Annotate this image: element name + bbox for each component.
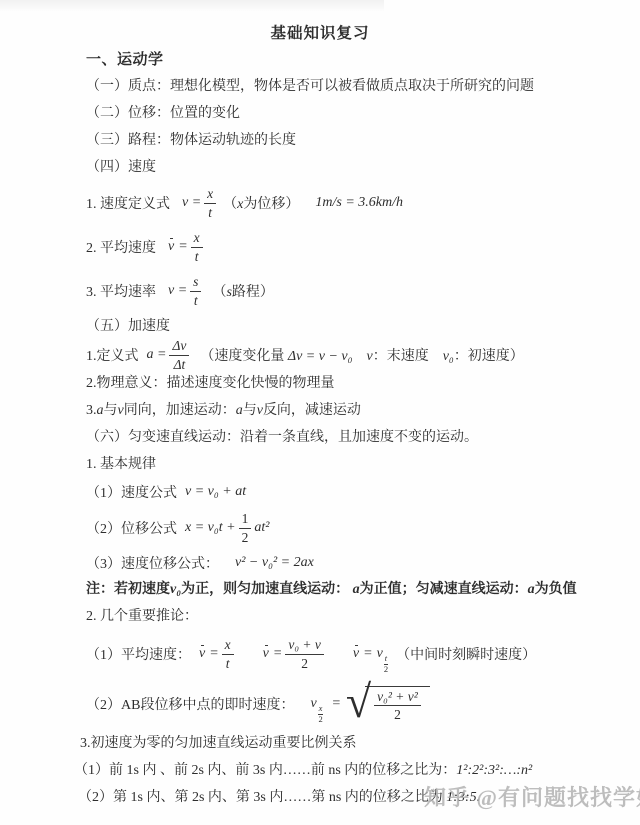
fraction-numerator: t: [384, 654, 388, 665]
fraction: Δv Δt: [169, 338, 189, 371]
formula-note: （s路程）: [212, 281, 273, 301]
equals-sign: =: [331, 696, 340, 712]
formula-note: （中间时刻瞬时速度）: [396, 644, 536, 664]
fraction-numerator: v₀² + v²: [374, 689, 421, 706]
formula-label: 3. 平均速率: [86, 281, 156, 301]
formula-label: 2. 平均速度: [86, 237, 156, 257]
formula-label: （2）位移公式: [86, 518, 177, 538]
v-bar: v: [168, 239, 174, 255]
fraction: x t: [204, 186, 216, 219]
v-bar: v: [263, 646, 269, 662]
formula-label: 1. 速度定义式: [86, 193, 170, 213]
math-equation: v = v₀ + at: [185, 484, 246, 500]
subscript-fraction: t 2: [384, 654, 388, 675]
unit-conversion: 1m/s = 3.6km/h: [315, 195, 403, 211]
zhihu-watermark: 知乎 @有问题找找学姐: [424, 784, 640, 813]
fraction-numerator: 1: [239, 511, 252, 528]
line-path-length: （三）路程：物体运动轨迹的长度: [86, 127, 606, 154]
math-base: v: [310, 696, 316, 712]
math-lhs: x = v₀t +: [185, 520, 236, 536]
line-accel-direction: 3.a与v同向，加速运动：a与v反向，减速运动: [86, 397, 606, 424]
subscript-fraction: x 2: [318, 704, 324, 725]
fraction-denominator: 2: [298, 655, 311, 671]
formula-label: （2）AB段位移中点的即时速度：: [86, 694, 294, 714]
fraction: v₀ + v 2: [285, 637, 324, 670]
document-content: 一、运动学 （一）质点：理想化模型，物体是否可以被看做质点取决于所研究的问题 （…: [0, 50, 640, 811]
fraction-numerator: s: [190, 274, 201, 291]
fraction-denominator: 2: [384, 665, 388, 675]
formula-label: （1）速度公式: [86, 482, 177, 502]
page-title: 基础知识复习: [0, 0, 640, 43]
formula-label: （1）平均速度：: [86, 644, 191, 664]
fraction-numerator: x: [191, 230, 203, 247]
fraction-numerator: Δv: [169, 338, 189, 355]
line-accel-meaning: 2.物理意义：描述速度变化快慢的物理量: [86, 370, 606, 397]
line-corollaries: 2. 几个重要推论：: [86, 603, 606, 630]
fraction: x t: [222, 637, 234, 670]
section-heading-kinematics: 一、运动学: [86, 50, 606, 71]
math-base: v: [377, 646, 383, 662]
fraction-numerator: x: [222, 637, 234, 654]
line-basic-rules: 1. 基本规律: [86, 451, 606, 478]
radical-sign: √: [346, 684, 371, 720]
line-velocity-heading: （四）速度: [86, 154, 606, 181]
formula-average-velocity: 2. 平均速度 v = x t: [86, 225, 606, 269]
formula-group-2: v = v₀ + v 2: [263, 637, 327, 670]
formula-group-3: v = v t 2: [353, 644, 388, 665]
fraction-numerator: x: [318, 704, 324, 715]
fraction-numerator: x: [204, 186, 216, 203]
fraction-numerator: v₀ + v: [285, 637, 324, 654]
math-lhs: a =: [147, 347, 167, 363]
fraction: v₀² + v² 2: [374, 689, 421, 722]
v-bar: v: [353, 646, 359, 662]
line-displacement: （二）位移：位置的变化: [86, 100, 606, 127]
equals-sign: =: [209, 646, 218, 662]
math-rhs: at²: [254, 520, 269, 536]
equals-sign: =: [273, 646, 282, 662]
formula-velocity-definition: 1. 速度定义式 v = x t （x为位移） 1m/s = 3.6km/h: [86, 181, 606, 225]
formula-acceleration-definition: 1.定义式 a = Δv Δt （速度变化量 Δv = v − v₀ v：末速度…: [86, 340, 606, 370]
formula-group-1: v = x t: [199, 637, 237, 670]
fraction-denominator: t: [205, 204, 215, 220]
line-mass-point: （一）质点：理想化模型，物体是否可以被看做质点取决于所研究的问题: [86, 73, 606, 100]
formula-velocity-displacement: （3）速度位移公式： v² − v₀² = 2ax: [86, 550, 606, 576]
fraction-denominator: t: [191, 292, 201, 308]
formula-note: （x为位移）: [223, 193, 299, 213]
square-root: √ v₀² + v² 2: [346, 686, 430, 722]
fraction: x t: [191, 230, 203, 263]
line-note: 注：若初速度v₀为正，则匀加速直线运动： a为正值；匀减速直线运动：a为负值: [86, 576, 606, 603]
v-bar: v: [199, 646, 205, 662]
line-ratio-heading: 3.初速度为零的匀加速直线运动重要比例关系: [80, 730, 606, 757]
fraction-denominator: 2: [239, 529, 252, 545]
equals-sign: =: [363, 646, 372, 662]
fraction: s t: [190, 274, 201, 307]
line-accel-heading: （五）加速度: [86, 313, 606, 340]
formula-displacement: （2）位移公式 x = v₀t + 1 2 at²: [86, 506, 606, 550]
fraction-denominator: 2: [391, 706, 404, 722]
math-lhs: v =: [182, 195, 201, 211]
fraction-denominator: t: [192, 248, 202, 264]
formula-speed: （1）速度公式 v = v₀ + at: [86, 478, 606, 506]
line-uniform-linear-motion: （六）匀变速直线运动：沿着一条直线，且加速度不变的运动。: [86, 424, 606, 451]
math-lhs: v =: [168, 283, 187, 299]
radicand: v₀² + v² 2: [365, 686, 430, 722]
equals-sign: =: [178, 239, 187, 255]
formula-label: 1.定义式: [86, 345, 139, 365]
formula-label: （3）速度位移公式：: [86, 553, 219, 573]
formula-note: （速度变化量 Δv = v − v₀ v：末速度 v₀：初速度）: [200, 345, 523, 365]
math-equation: v² − v₀² = 2ax: [235, 555, 314, 571]
formula-midpoint-velocity: （2）AB段位移中点的即时速度： v x 2 = √ v₀² + v² 2: [86, 678, 606, 730]
fraction: 1 2: [239, 511, 252, 544]
fraction-denominator: t: [223, 655, 233, 671]
document-page: 基础知识复习 一、运动学 （一）质点：理想化模型，物体是否可以被看做质点取决于所…: [0, 0, 640, 825]
fraction-denominator: 2: [318, 715, 322, 725]
formula-average-speed: 3. 平均速率 v = s t （s路程）: [86, 269, 606, 313]
line-ratio-1: （1）前 1s 内 、前 2s 内、前 3s 内……前 ns 内的位移之比为：1…: [74, 757, 606, 784]
formula-average-velocity-corollary: （1）平均速度： v = x t v = v₀ + v 2 v =: [86, 630, 606, 678]
